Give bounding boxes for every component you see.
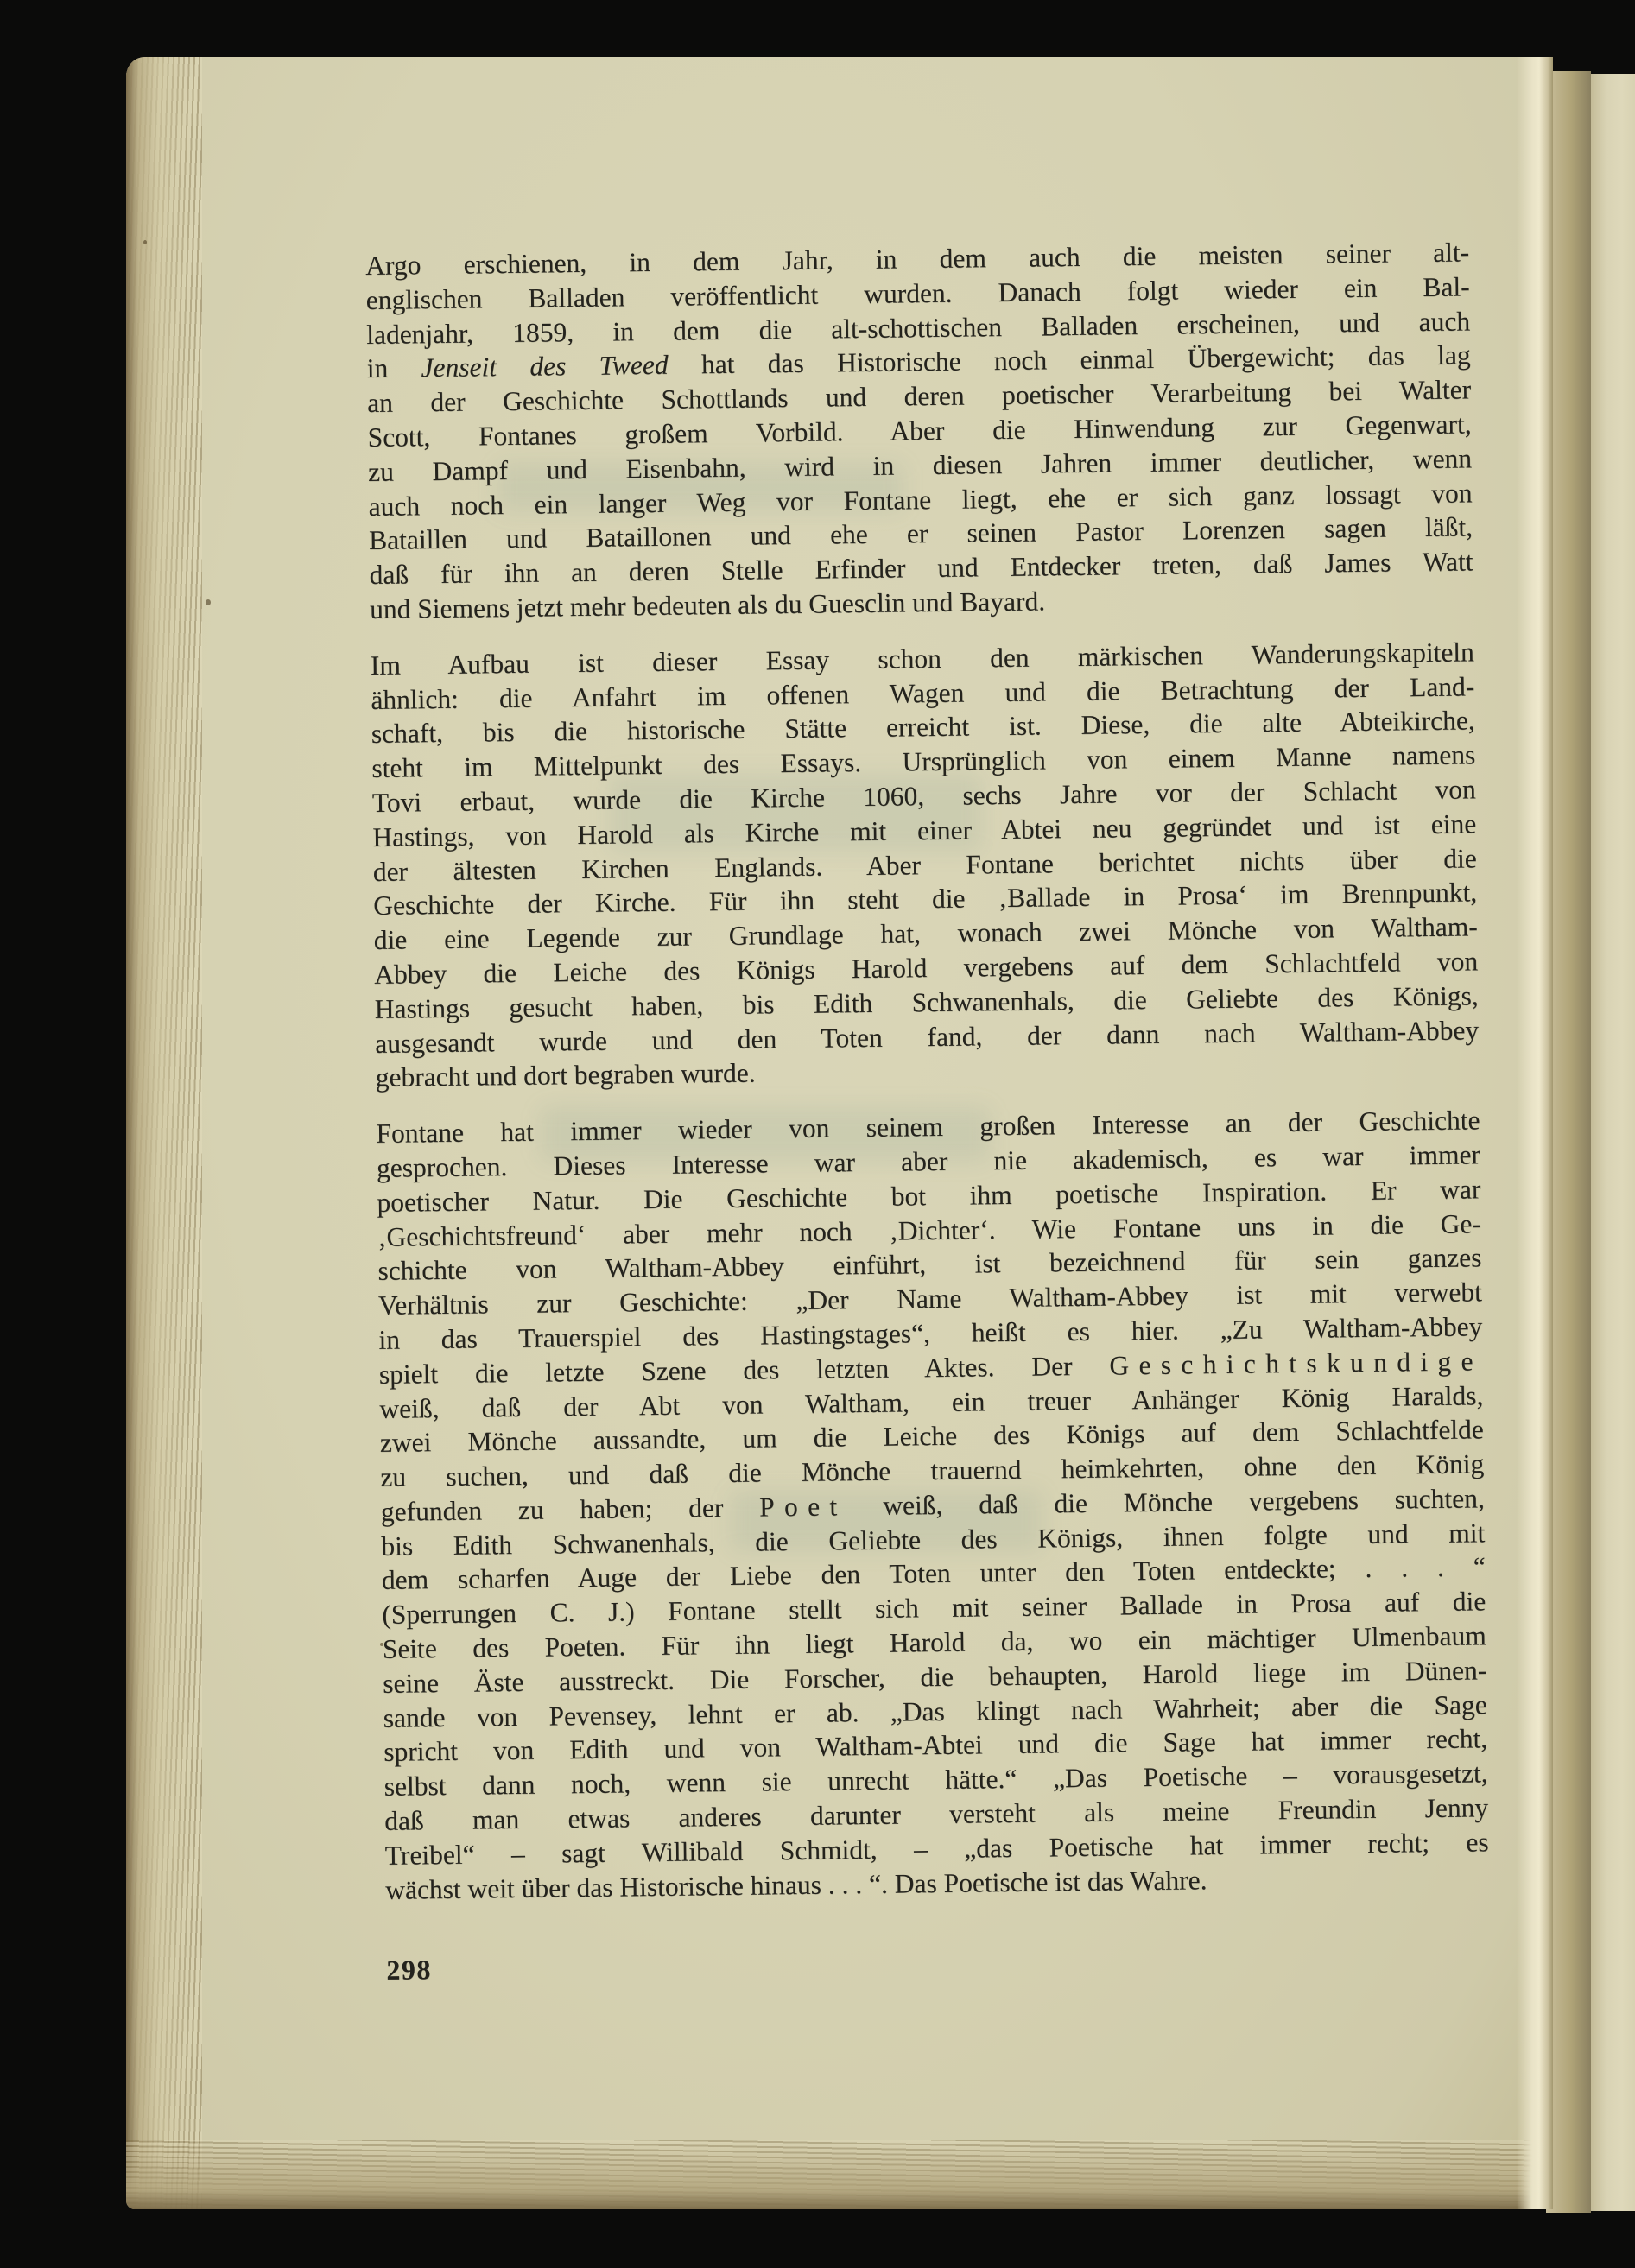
text-segment: gefunden zu haben; der [381,1492,760,1526]
paper-fleck [206,599,211,605]
page-stack-left-edge [126,57,202,2209]
text-segment: weiß, daß die Mönche vergebens suchten, [846,1483,1485,1521]
letterspaced-text: Geschichtskundige [1109,1346,1483,1380]
adjacent-page-edge [1591,74,1635,2211]
paragraph: Argo erschienen, in dem Jahr, in dem auc… [365,235,1473,626]
paragraph: Im Aufbau ist dieser Essay schon den mär… [371,635,1480,1095]
paper-fleck [143,240,147,244]
text-segment: spielt die letzte Szene des letzten Akte… [379,1350,1110,1389]
text-segment: in [366,353,421,384]
letterspaced-text: Poet [759,1491,847,1522]
page-number: 298 [386,1941,1490,1988]
book-page: Argo erschienen, in dem Jahr, in dem auc… [126,57,1553,2209]
page-fore-edge-highlight [1517,57,1553,2209]
book-photo: Argo erschienen, in dem Jahr, in dem auc… [0,0,1635,2268]
page-stack-bottom-edge [126,2140,1553,2209]
paragraph: Fontane hat immer wieder von seinem groß… [376,1103,1489,1907]
italic-text: Jenseit des Tweed [421,350,668,383]
text-segment: und Siemens jetzt mehr bedeuten als du G… [370,586,1045,624]
text-segment: gebracht und dort begraben wurde. [376,1058,756,1093]
page-text: Argo erschienen, in dem Jahr, in dem auc… [365,235,1491,1988]
paragraphs: Argo erschienen, in dem Jahr, in dem auc… [365,235,1489,1907]
